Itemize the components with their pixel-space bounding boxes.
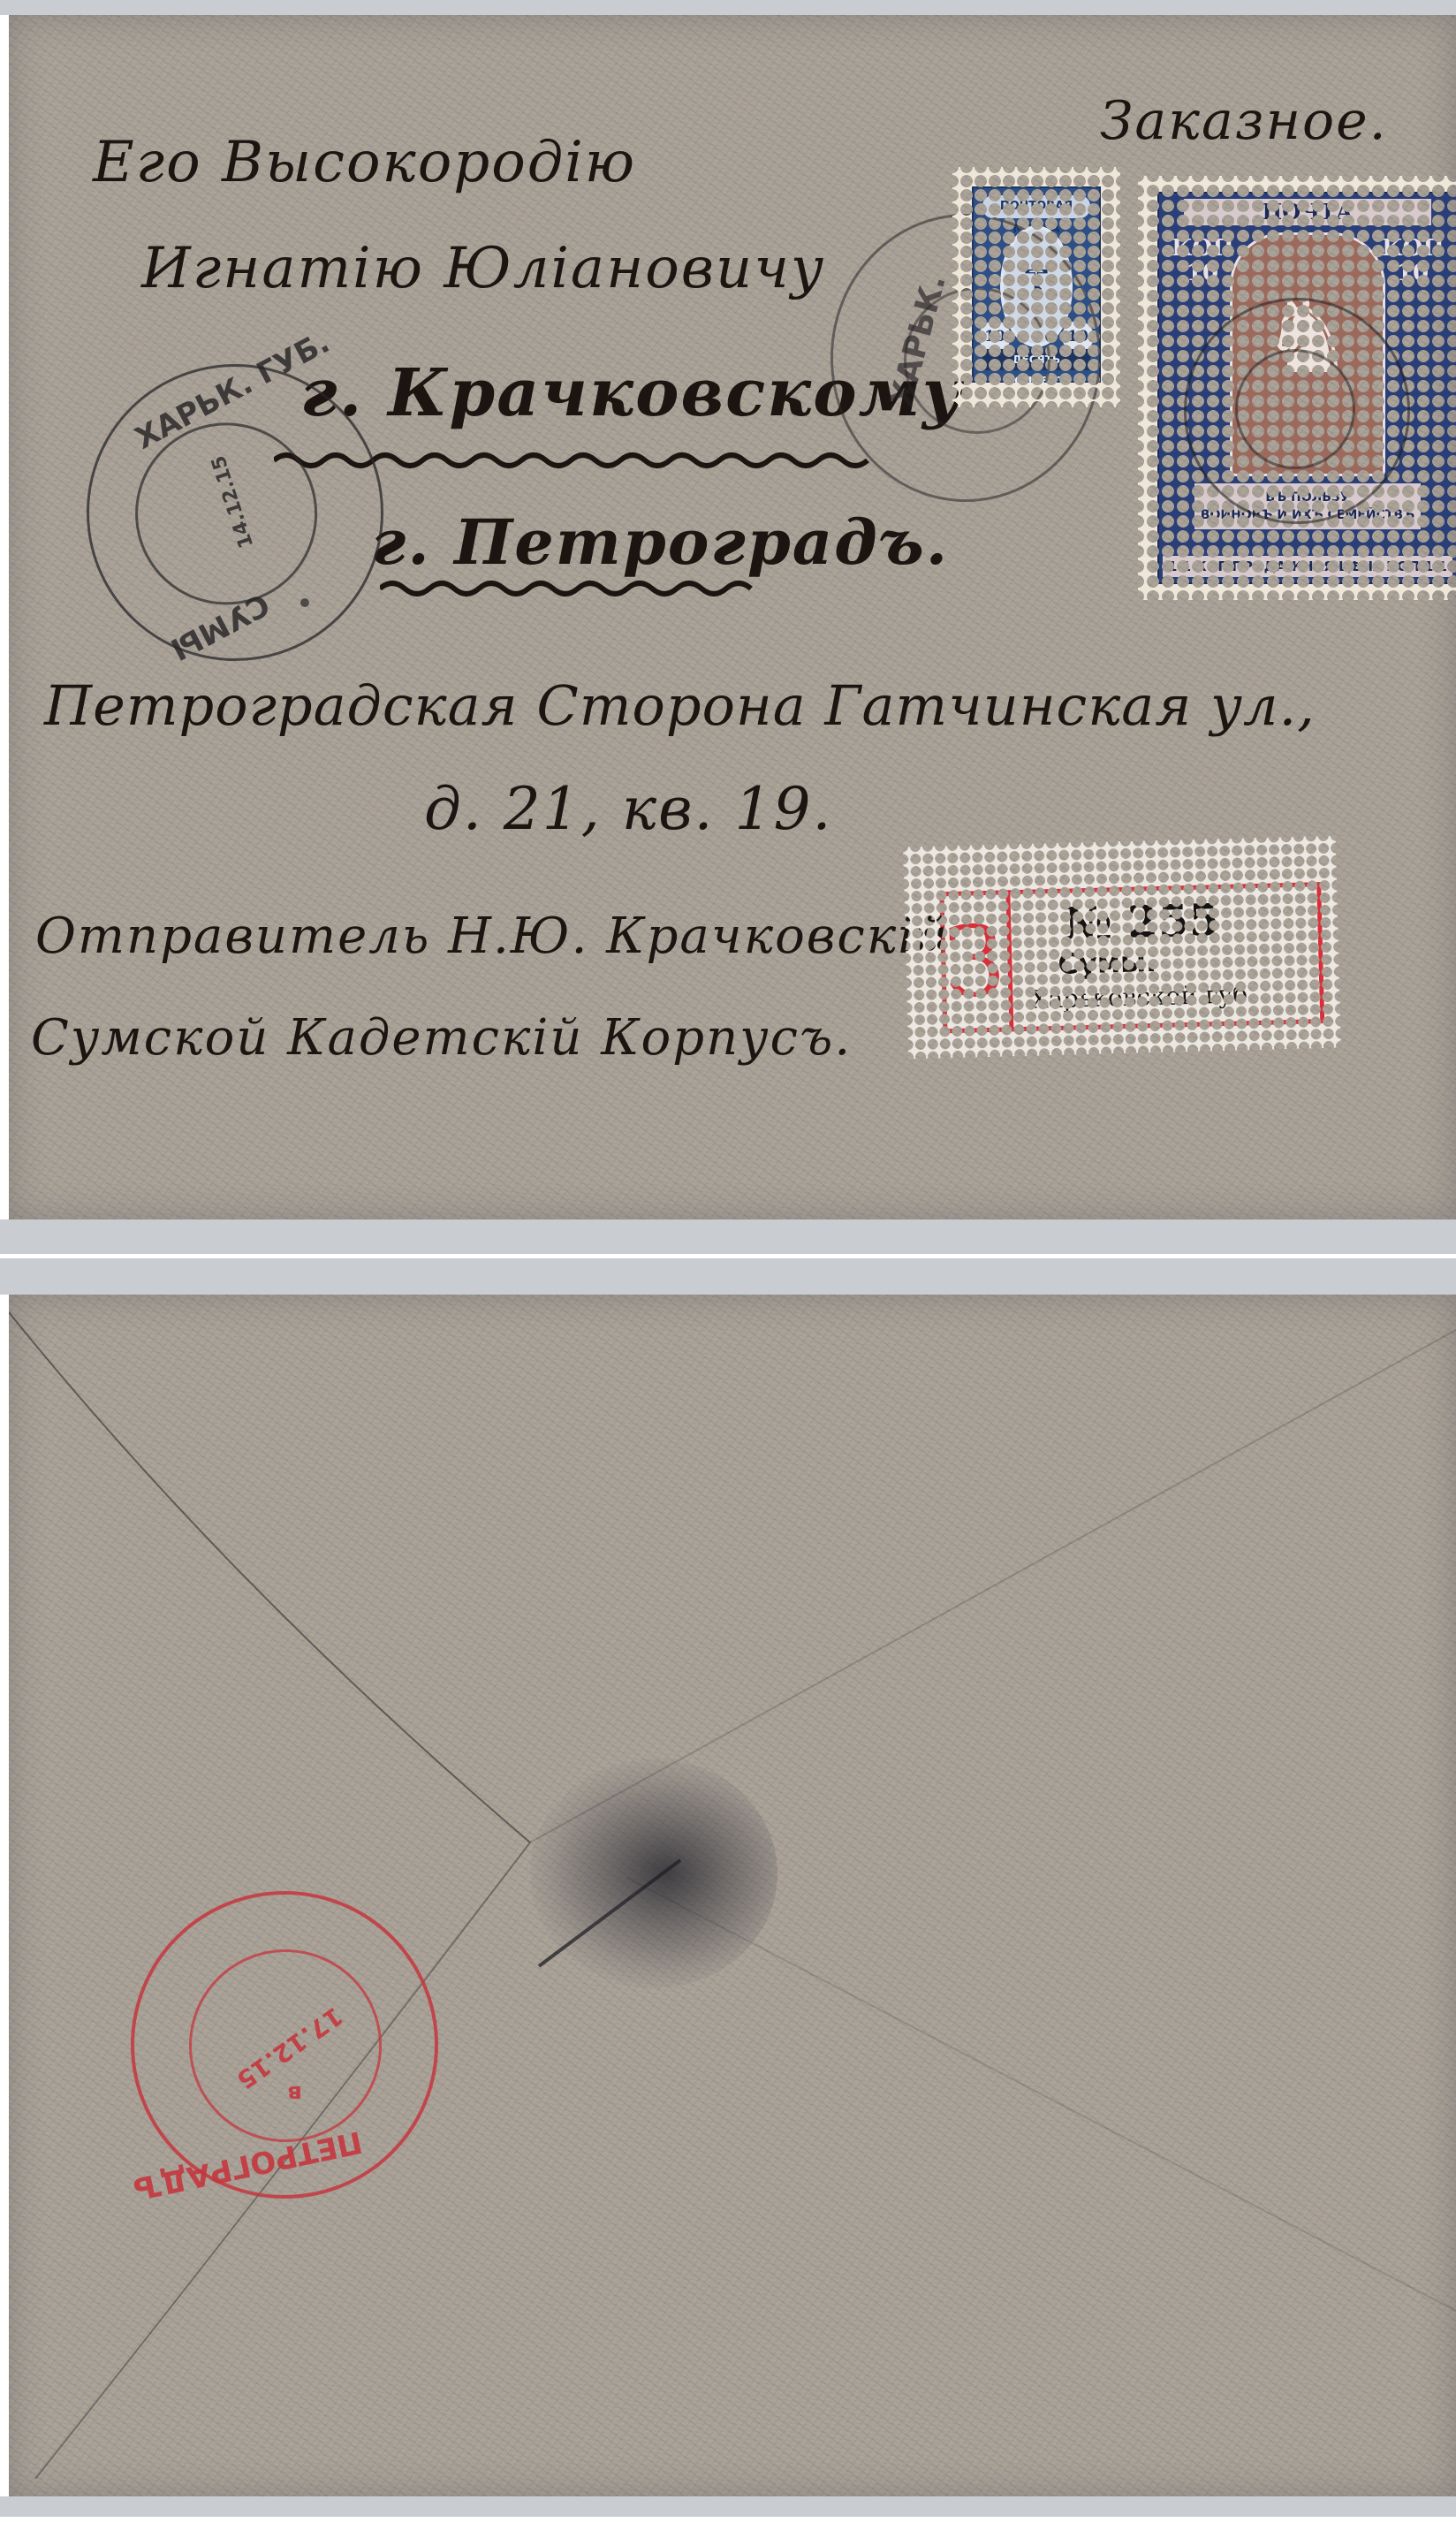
address-line-honorific: Его Высокородію <box>93 130 636 195</box>
address-line-street: Петроградская Сторона Гатчинская ул., <box>44 673 1316 738</box>
address-line-house: д. 21, кв. 19. <box>424 775 832 843</box>
petrograd-arrival-postmark: ПЕТРОГРАДЪ 17.12.15 в <box>131 1891 438 2199</box>
registration-label: З № 255 Сумы. Харьковской губ. <box>903 836 1341 1060</box>
stamp-price-left: 1 1 КОП <box>1168 556 1229 577</box>
panel-divider <box>0 1254 1456 1258</box>
registered-marking: Заказное. <box>1100 90 1388 152</box>
postmark-star-icon <box>300 598 309 607</box>
stamp-oval: ☦ <box>1000 225 1073 347</box>
stamp-top-text: ПОЧТА <box>1184 199 1431 225</box>
postmark-inner-ring <box>1235 349 1355 469</box>
stamp-value-left: 10 <box>979 321 1011 353</box>
registration-number: № 255 <box>1064 893 1221 950</box>
stamp-denomination-right: КОП 10 <box>1382 236 1444 285</box>
stamp-value-right: 10 <box>1062 321 1094 353</box>
scanner-background-bottom <box>0 2496 1456 2517</box>
stamp-kop-label: КОП <box>1382 236 1444 261</box>
stamp-price-center: ПРОДАЖНАЯ ЦѢНА <box>1232 556 1383 577</box>
stamp-kop-label: КОП <box>1172 236 1233 261</box>
sender-line-name: Отправитель Н.Ю. Крачковскій <box>35 908 949 965</box>
stamp-value: 10 <box>1382 261 1444 285</box>
stamp-price-right: КОП 1 1 <box>1386 556 1447 577</box>
postage-stamp-arms: ПОЧТОВАЯ МАРКА ☦ 10 10 ДЕСЯТЬ КОПѢЕКЪ <box>952 167 1120 407</box>
stamp-cancellation <box>1184 298 1410 524</box>
registration-letter: З <box>939 890 1013 1033</box>
stamp-denomination-left: КОП 10 <box>1172 236 1233 285</box>
stamp-frame: ПОЧТОВАЯ МАРКА ☦ 10 10 ДЕСЯТЬ КОПѢЕКЪ <box>972 186 1101 383</box>
registration-province: Харьковской губ. <box>1030 979 1255 1014</box>
wax-seal-residue <box>530 1759 777 1988</box>
address-line-city: г. Петроградъ. <box>371 505 949 579</box>
stamp-value: 10 <box>1172 261 1233 285</box>
city-underline <box>380 576 769 599</box>
sender-line-institution: Сумской Кадетскій Корпусъ. <box>31 1009 852 1067</box>
double-headed-eagle-icon: ☦ <box>1004 254 1069 307</box>
envelope-front: Заказное. Его Высокородію Игнатію Юліано… <box>9 15 1456 1219</box>
scanner-background-top <box>0 0 1456 15</box>
address-line-first-name: Игнатію Юліановичу <box>141 236 825 301</box>
stamp-price-bar: 1 1 КОП ПРОДАЖНАЯ ЦѢНА КОП 1 1 <box>1163 556 1452 577</box>
stamp-top-banner: ПОЧТОВАЯ МАРКА <box>982 195 1090 218</box>
postmark-series-letter: в <box>288 2080 302 2107</box>
registration-city: Сумы. <box>1058 945 1157 981</box>
stamp-bottom-text: ДЕСЯТЬ КОПѢЕКЪ <box>982 349 1090 370</box>
